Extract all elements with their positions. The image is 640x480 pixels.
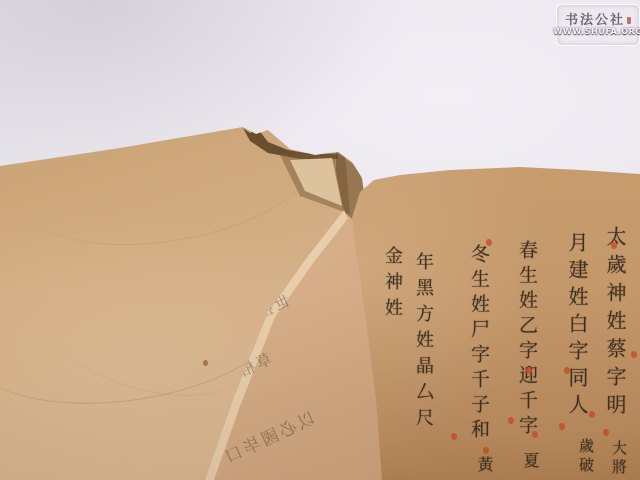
- paper-crease: [42, 277, 258, 414]
- vermillion-mark: [603, 429, 609, 436]
- calligraphy-column-1-note: 大將: [609, 440, 630, 478]
- watermark-logo: 书法公社: [565, 14, 631, 27]
- calligraphy-column-4: 冬生姓尸字千子和: [466, 244, 493, 444]
- vermillion-mark: [532, 431, 538, 438]
- calligraphy-column-1: 太歲神姓蔡字明: [601, 226, 630, 422]
- vermillion-mark: [483, 447, 489, 454]
- watermark-logo-text: 书法公社: [565, 14, 625, 27]
- calligraphy-column-6: 金神姓: [379, 246, 405, 324]
- watermark-badge: 书法公社 WWW.SHUFA.ORG: [556, 4, 640, 46]
- vermillion-mark: [486, 239, 492, 246]
- foxing-spot: [203, 360, 208, 366]
- vermillion-mark: [611, 242, 617, 249]
- calligraphy-column-5: 年黑方姓晶厶尺: [410, 252, 436, 434]
- seal-icon: [627, 17, 631, 24]
- vermillion-mark: [631, 351, 637, 358]
- photo-of-manuscript: 世拉神 草相茅卡 以必國毕口 太歲神姓蔡字明 大將 月建姓白字同人 歲破 春生姓…: [0, 0, 640, 480]
- vermillion-mark: [451, 433, 457, 440]
- calligraphy-column-4-note: 黃: [473, 456, 496, 472]
- calligraphy-column-2: 月建姓白字同人: [563, 232, 592, 421]
- vermillion-mark: [508, 417, 514, 424]
- vermillion-mark: [589, 411, 595, 418]
- vermillion-mark: [564, 367, 570, 374]
- calligraphy-column-2-note: 歲破: [576, 438, 597, 476]
- vermillion-mark: [559, 423, 565, 430]
- calligraphy-column-3: 春生姓乙字迎千字: [514, 240, 541, 440]
- calligraphy-column-3-note: 夏: [519, 452, 542, 468]
- vermillion-mark: [526, 367, 532, 374]
- watermark-url: WWW.SHUFA.ORG: [553, 28, 640, 36]
